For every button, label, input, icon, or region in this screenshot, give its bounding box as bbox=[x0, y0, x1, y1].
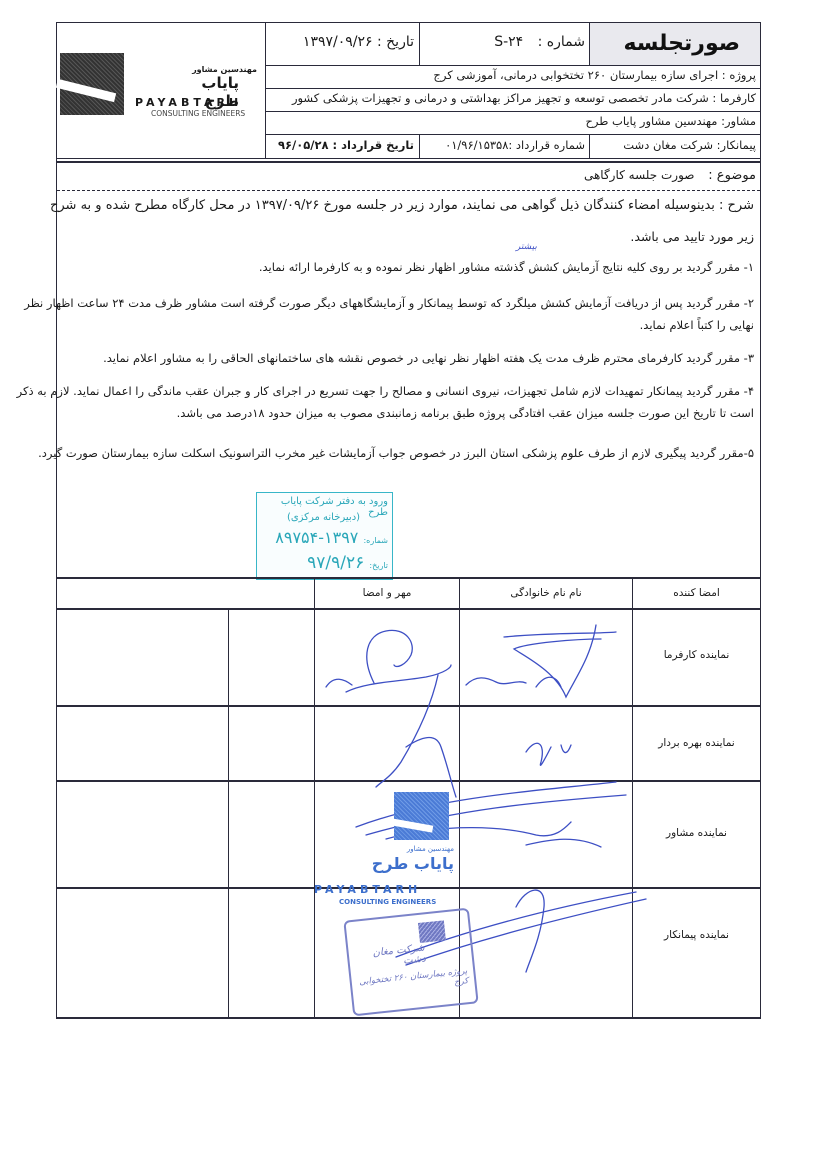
receipt-number-label: شماره: bbox=[363, 536, 388, 545]
contractor-stamp-logo-icon bbox=[418, 920, 446, 943]
doc-date: تاریخ : ۱۳۹۷/۰۹/۲۶ bbox=[270, 34, 414, 50]
description-intro-line2: زیر مورد تایید می باشد. bbox=[64, 229, 754, 244]
subject-label: موضوع : bbox=[708, 168, 756, 183]
item-4-line2: است تا تاریخ این صورت جلسه میزان عقب افت… bbox=[64, 406, 754, 420]
handwritten-note: بیشتر bbox=[516, 242, 537, 252]
doc-number: شماره : S-۲۴ bbox=[425, 34, 585, 50]
consultant-stamp-persian-top: مهندسین مشاور bbox=[374, 845, 454, 853]
payabtarh-logo-icon bbox=[60, 53, 124, 115]
subject-value: صورت جلسه کارگاهی bbox=[584, 168, 695, 182]
consultant-stamp-logo-icon bbox=[394, 792, 449, 840]
logo-box: مهندسین مشاور پایاب طرح PAYABTARH CONSUL… bbox=[57, 23, 265, 158]
consultant-stamp-latin-sub: CONSULTING ENGINEERS bbox=[339, 898, 436, 906]
contractor-stamp-line2: پروژه بیمارستان ۲۶۰ تختخوابی کرج bbox=[355, 966, 468, 998]
project-field: پروژه : اجرای سازه بیمارستان ۲۶۰ تختخواب… bbox=[270, 70, 756, 82]
doc-date-value: ۱۳۹۷/۰۹/۲۶ bbox=[303, 34, 373, 50]
item-3: ۳- مقرر گردید کارفرمای محترم ظرف مدت یک … bbox=[64, 351, 754, 365]
doc-date-label: تاریخ : bbox=[377, 34, 414, 50]
doc-number-value: S-۲۴ bbox=[494, 34, 523, 50]
employer-field: کارفرما : شرکت مادر تخصصی توسعه و تجهیز … bbox=[270, 93, 756, 105]
doc-number-label: شماره : bbox=[538, 34, 585, 50]
contractor-stamp: شرکت مغان دشت پروژه بیمارستان ۲۶۰ تختخوا… bbox=[343, 908, 478, 1017]
logo-latin-sub: CONSULTING ENGINEERS bbox=[151, 109, 245, 118]
receipt-stamp: ورود به دفتر شرکت پایاب طرح (دبیرخانه مر… bbox=[256, 492, 393, 580]
receipt-stamp-date: تاریخ: ۹۷/۹/۲۶ bbox=[260, 553, 388, 573]
consultant-stamp: مهندسین مشاور پایاب طرح PAYABTARH CONSUL… bbox=[314, 787, 464, 907]
receipt-date-label: تاریخ: bbox=[369, 561, 388, 570]
contractor-field: پیمانکار: شرکت مغان دشت bbox=[594, 140, 756, 152]
consultant-stamp-persian-name: پایاب طرح bbox=[344, 854, 454, 873]
contractor-stamp-line1: شرکت مغان دشت bbox=[356, 943, 426, 972]
consultant-stamp-latin-name: PAYABTARH bbox=[314, 883, 421, 896]
item-4-line1: ۴- مقرر گردید پیمانکار تمهیدات لازم شامل… bbox=[64, 384, 754, 398]
contract-number-field: شماره قرارداد :۰۱/۹۶/۱۵۳۵۸ bbox=[425, 140, 585, 152]
consultant-field: مشاور: مهندسین مشاور پایاب طرح bbox=[270, 116, 756, 128]
contract-date-field: تاریخ قرارداد : ۹۶/۰۵/۲۸ bbox=[270, 140, 414, 152]
item-2-line2: نهایی را کتباً اعلام نماید. bbox=[64, 318, 754, 332]
doc-title: صورتجلسه bbox=[600, 31, 740, 56]
item-5: ۵-مقرر گردید پیگیری لازم از طرف علوم پزش… bbox=[64, 446, 754, 460]
item-1: ۱- مقرر گردید بر روی کلیه نتایج آزمایش ک… bbox=[64, 260, 754, 274]
receipt-number-value: ۱۳۹۷-۸۹۷۵۴ bbox=[275, 528, 358, 547]
logo-persian-top: مهندسین مشاور bbox=[167, 65, 257, 74]
receipt-stamp-number: شماره: ۱۳۹۷-۸۹۷۵۴ bbox=[260, 528, 388, 547]
receipt-stamp-line2: (دبیرخانه مرکزی) bbox=[257, 512, 390, 523]
description-intro-line1: شرح : بدینوسیله امضاء کنندگان ذیل گواهی … bbox=[64, 198, 754, 213]
receipt-date-value: ۹۷/۹/۲۶ bbox=[307, 553, 364, 573]
signature-table: امضا کننده نام نام خانوادگی مهر و امضا ن… bbox=[56, 577, 761, 1017]
item-2-line1: ۲- مقرر گردید پس از دریافت آزمایش کشش می… bbox=[64, 296, 754, 310]
logo-latin-name: PAYABTARH bbox=[135, 96, 242, 109]
subject-row: موضوع : صورت جلسه کارگاهی bbox=[400, 168, 756, 183]
